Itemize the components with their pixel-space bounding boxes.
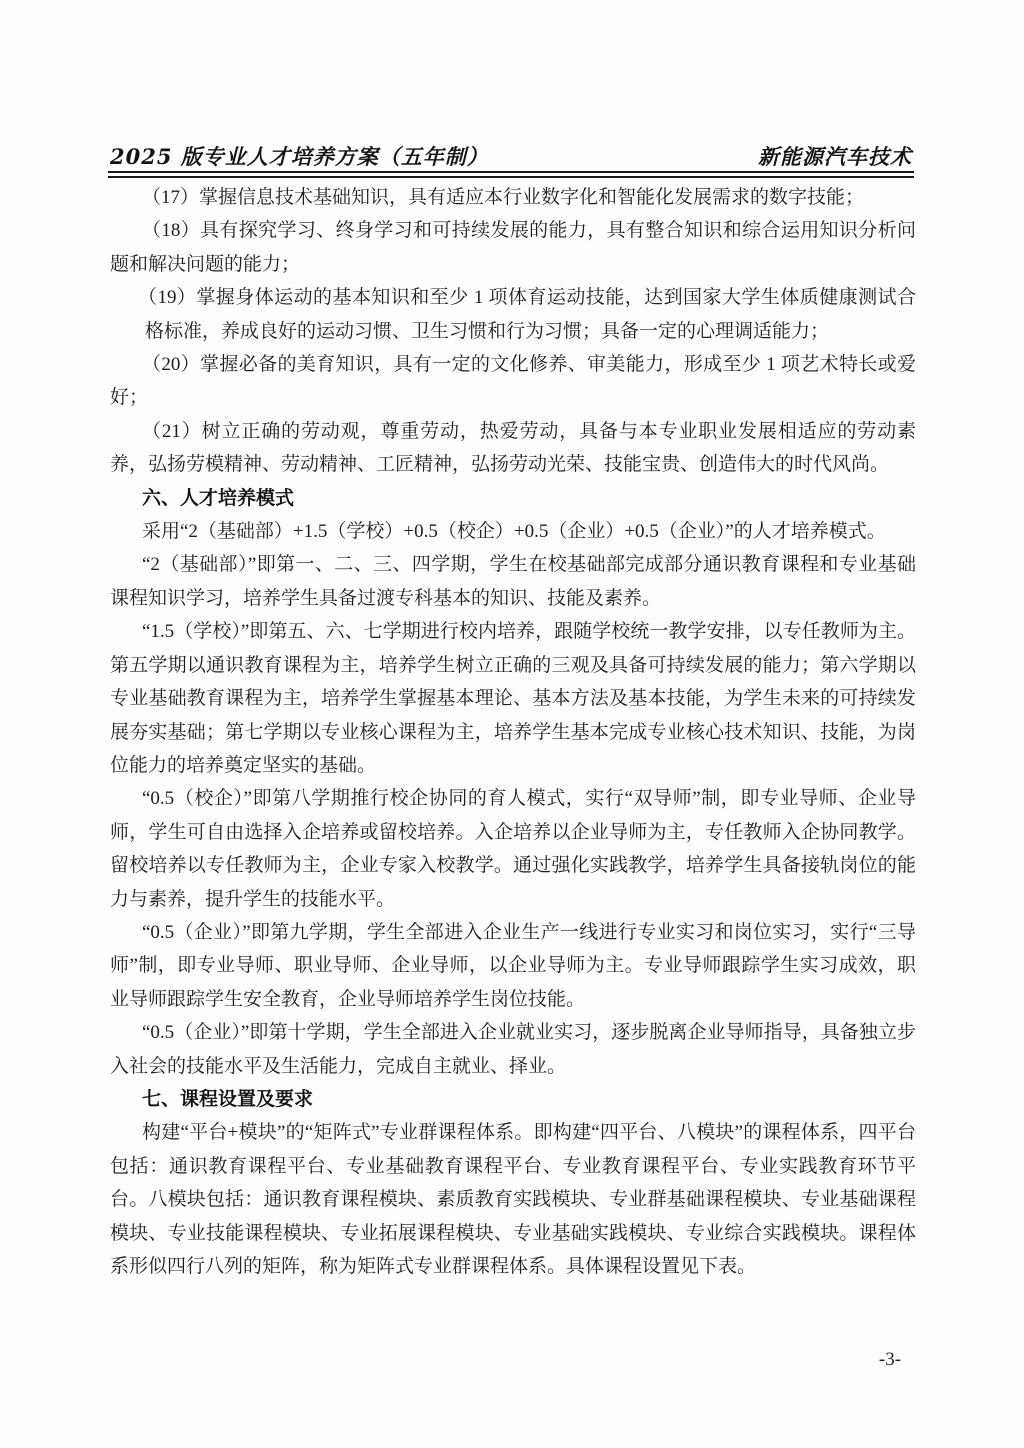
document-body: （17）掌握信息技术基础知识，具有适应本行业数字化和智能化发展需求的数字技能； … (110, 181, 916, 1283)
page-number: -3- (862, 1349, 918, 1371)
document-page: 2025 版专业人才培养方案（五年制） 新能源汽车技术 （17）掌握信息技术基础… (0, 0, 1024, 1448)
section-heading-talent-model: 六、人才培养模式 (110, 482, 916, 515)
item-20: （20）掌握必备的美育知识，具有一定的文化修养、审美能力，形成至少 1 项艺术特… (110, 348, 916, 415)
doc-edition-title: 2025 版专业人才培养方案（五年制） (110, 141, 489, 171)
paragraph-foundation-stage: “2（基础部）”即第一、二、三、四学期，学生在校基础部完成部分通识教育课程和专业… (110, 548, 916, 615)
item-19: （19）掌握身体运动的基本知识和至少 1 项体育运动技能，达到国家大学生体质健康… (110, 281, 916, 348)
doc-major-title: 新能源汽车技术 (758, 141, 912, 171)
running-header: 2025 版专业人才培养方案（五年制） 新能源汽车技术 (110, 141, 912, 171)
paragraph-curriculum-system: 构建“平台+模块”的“矩阵式”专业群课程体系。即构建“四平台、八模块”的课程体系… (110, 1116, 916, 1283)
section-heading-curriculum: 七、课程设置及要求 (110, 1083, 916, 1116)
item-17: （17）掌握信息技术基础知识，具有适应本行业数字化和智能化发展需求的数字技能； (110, 181, 916, 214)
item-21: （21）树立正确的劳动观，尊重劳动，热爱劳动，具备与本专业职业发展相适应的劳动素… (110, 415, 916, 482)
paragraph-school-stage: “1.5（学校）”即第五、六、七学期进行校内培养，跟随学校统一教学安排，以专任教… (110, 615, 916, 782)
item-18: （18）具有探究学习、终身学习和可持续发展的能力，具有整合知识和综合运用知识分析… (110, 214, 916, 281)
paragraph-school-enterprise-stage: “0.5（校企）”即第八学期推行校企协同的育人模式，实行“双导师”制，即专业导师… (110, 782, 916, 916)
paragraph-enterprise-stage-9: “0.5（企业）”即第九学期，学生全部进入企业生产一线进行专业实习和岗位实习，实… (110, 916, 916, 1016)
paragraph-enterprise-stage-10: “0.5（企业）”即第十学期，学生全部进入企业就业实习，逐步脱离企业导师指导，具… (110, 1016, 916, 1083)
header-double-rule (108, 171, 914, 178)
paragraph-model-overview: 采用“2（基础部）+1.5（学校）+0.5（校企）+0.5（企业）+0.5（企业… (110, 515, 916, 548)
